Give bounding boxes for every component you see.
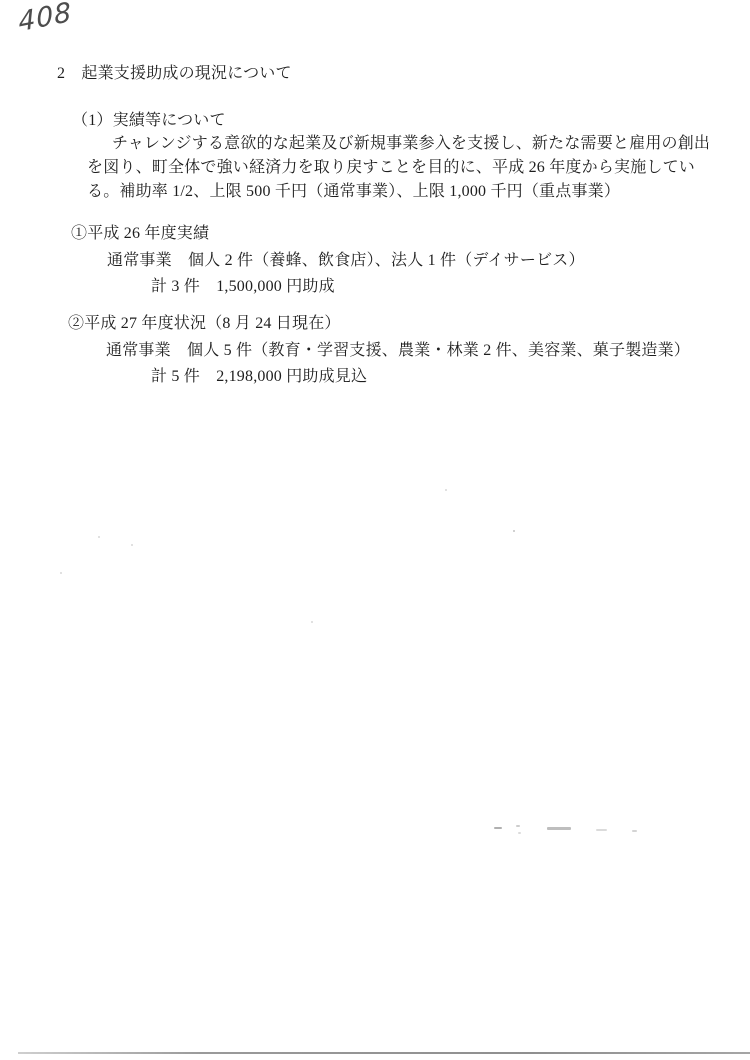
scan-speck xyxy=(513,530,515,532)
handwritten-page-number: 408 xyxy=(17,0,73,38)
section-1-paragraph-line-3: る。補助率 1/2、上限 500 千円（通常事業）、上限 1,000 千円（重点… xyxy=(87,182,620,202)
section-1-paragraph-line-2: を図り、町全体で強い経済力を取り戻すことを目的に、平成 26 年度から実施してい xyxy=(87,158,695,178)
item-2-heading: ②平成 27 年度状況（8 月 24 日現在） xyxy=(68,314,341,334)
scan-edge-line xyxy=(18,1052,750,1054)
scan-smudge xyxy=(518,832,521,834)
item-1-heading: ①平成 26 年度実績 xyxy=(71,224,209,244)
section-1-heading: （1）実績等について xyxy=(72,111,226,131)
item-1-total-line: 計 3 件 1,500,000 円助成 xyxy=(151,277,335,297)
scanned-document-page: 408 2 起業支援助成の現況について （1）実績等について チャレンジする意欲… xyxy=(0,0,750,1060)
scan-speck xyxy=(311,621,313,623)
scan-speck xyxy=(60,572,62,574)
item-2-total-line: 計 5 件 2,198,000 円助成見込 xyxy=(151,367,367,387)
scan-smudge xyxy=(494,827,502,829)
scan-speck xyxy=(98,536,100,538)
scan-speck xyxy=(131,544,133,546)
item-1-detail-line: 通常事業 個人 2 件（養蜂、飲食店）、法人 1 件（デイサービス） xyxy=(107,251,585,271)
section-1-paragraph-line-1: チャレンジする意欲的な起業及び新規事業参入を支援し、新たな需要と雇用の創出 xyxy=(112,134,710,154)
scan-smudge xyxy=(547,827,571,830)
scan-smudge xyxy=(596,829,607,831)
scan-speck xyxy=(445,489,447,491)
scan-smudge xyxy=(516,825,520,827)
document-title: 2 起業支援助成の現況について xyxy=(57,64,292,84)
scan-smudge xyxy=(632,830,637,832)
item-2-detail-line: 通常事業 個人 5 件（教育・学習支援、農業・林業 2 件、美容業、菓子製造業） xyxy=(106,341,690,361)
